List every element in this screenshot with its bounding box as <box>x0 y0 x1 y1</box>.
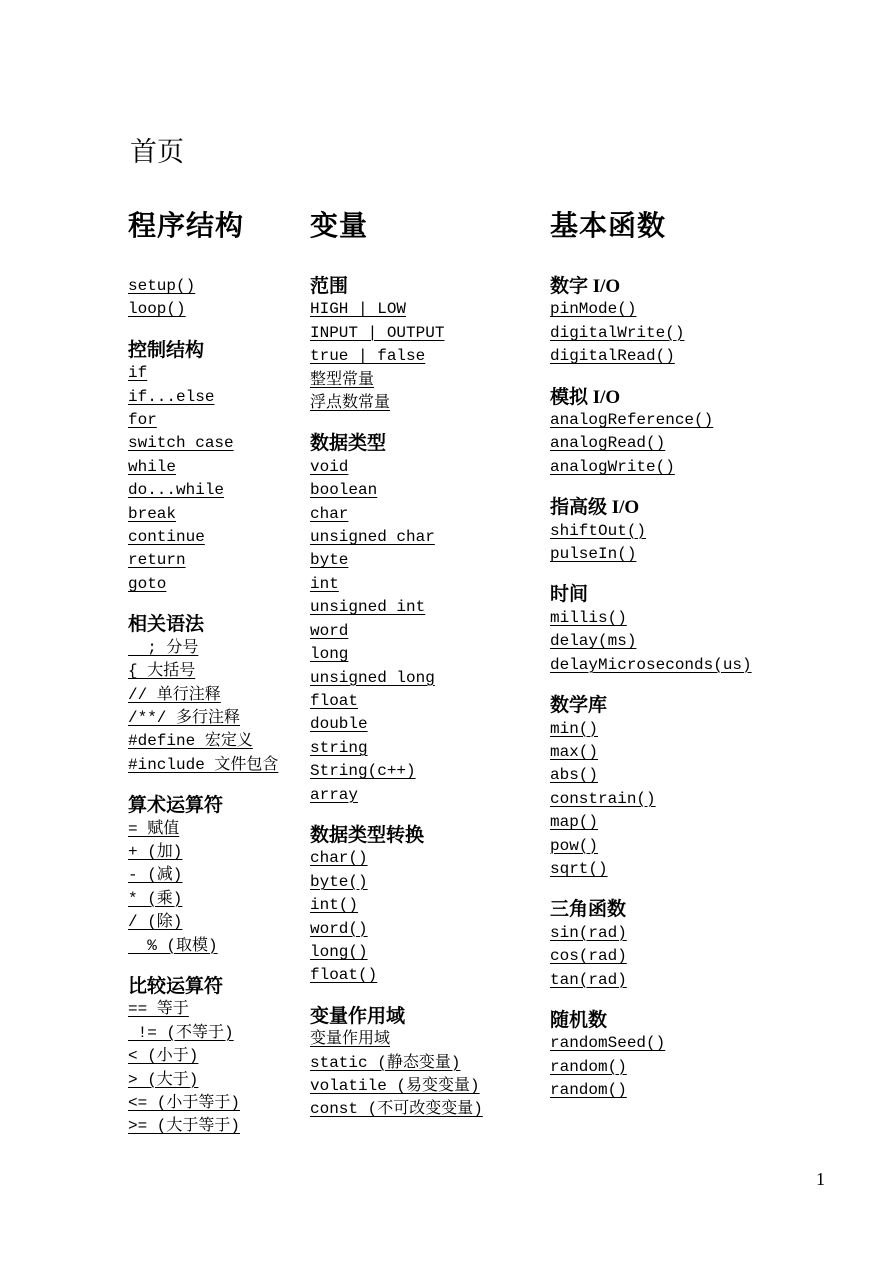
link-item[interactable]: long <box>310 643 348 666</box>
section: 数据类型voidbooleancharunsigned charbyteintu… <box>310 432 550 807</box>
section-title: 数学库 <box>550 694 840 717</box>
column-variables: 变量范围HIGH | LOWINPUT | OUTPUTtrue | false… <box>310 210 550 1122</box>
link-item[interactable]: switch case <box>128 432 234 455</box>
column-header-basic-functions: 基本函数 <box>550 210 840 242</box>
link-item[interactable]: randomSeed() <box>550 1032 665 1055</box>
link-item[interactable]: char() <box>310 847 368 870</box>
link-item[interactable]: String(c++) <box>310 760 416 783</box>
link-item[interactable]: unsigned char <box>310 526 435 549</box>
link-item[interactable]: > (大于) <box>128 1069 198 1092</box>
link-item[interactable]: ; 分号 <box>128 637 198 660</box>
link-item[interactable]: for <box>128 409 157 432</box>
link-item[interactable]: constrain() <box>550 788 656 811</box>
link-item[interactable]: break <box>128 503 176 526</box>
link-item[interactable]: word() <box>310 918 368 941</box>
link-item[interactable]: long() <box>310 941 368 964</box>
section-title: 比较运算符 <box>128 975 310 998</box>
link-item[interactable]: static (静态变量) <box>310 1052 460 1075</box>
column-program-structure: 程序结构setup()loop()控制结构ifif...elseforswitc… <box>128 210 310 1139</box>
link-item[interactable]: digitalWrite() <box>550 322 684 345</box>
link-item[interactable]: map() <box>550 811 598 834</box>
link-item[interactable]: == 等于 <box>128 998 189 1021</box>
link-item[interactable]: if <box>128 362 147 385</box>
link-item[interactable]: sin(rad) <box>550 922 627 945</box>
link-item[interactable]: 浮点数常量 <box>310 392 390 415</box>
link-item[interactable]: void <box>310 456 348 479</box>
section: 指高级 I/OshiftOut()pulseIn() <box>550 496 840 566</box>
section: 时间millis()delay(ms)delayMicroseconds(us) <box>550 583 840 677</box>
link-item[interactable]: analogRead() <box>550 432 665 455</box>
link-item[interactable]: word <box>310 620 348 643</box>
link-item[interactable]: abs() <box>550 764 598 787</box>
section: 范围HIGH | LOWINPUT | OUTPUTtrue | false整型… <box>310 275 550 415</box>
link-item[interactable]: sqrt() <box>550 858 608 881</box>
section-title: 数据类型 <box>310 432 550 455</box>
section: 三角函数sin(rad)cos(rad)tan(rad) <box>550 898 840 992</box>
link-item[interactable]: char <box>310 503 348 526</box>
page-number: 1 <box>816 1168 825 1190</box>
link-item[interactable]: do...while <box>128 479 224 502</box>
section-title: 控制结构 <box>128 339 310 362</box>
link-item[interactable]: continue <box>128 526 205 549</box>
link-item[interactable]: true | false <box>310 345 425 368</box>
section-title: 三角函数 <box>550 898 840 921</box>
section: 控制结构ifif...elseforswitch casewhiledo...w… <box>128 339 310 596</box>
section: 算术运算符= 赋值+ (加)- (减)* (乘)/ (除) % (取模) <box>128 794 310 958</box>
link-item[interactable]: goto <box>128 573 166 596</box>
link-item[interactable]: max() <box>550 741 598 764</box>
section: 数据类型转换char()byte()int()word()long()float… <box>310 824 550 988</box>
link-item[interactable]: = 赋值 <box>128 818 179 841</box>
section: 模拟 I/OanalogReference()analogRead()analo… <box>550 386 840 480</box>
link-item[interactable]: pinMode() <box>550 298 636 321</box>
link-item[interactable]: - (减) <box>128 864 182 887</box>
link-item[interactable]: + (加) <box>128 841 182 864</box>
link-item[interactable]: unsigned int <box>310 596 425 619</box>
link-item[interactable]: cos(rad) <box>550 945 627 968</box>
section-title: 模拟 I/O <box>550 386 840 409</box>
link-item[interactable]: double <box>310 713 368 736</box>
section-title: 时间 <box>550 583 840 606</box>
link-item[interactable]: volatile (易变变量) <box>310 1075 480 1098</box>
link-item[interactable]: millis() <box>550 607 627 630</box>
link-item[interactable]: array <box>310 784 358 807</box>
link-item[interactable]: #include 文件包含 <box>128 754 278 777</box>
link-item[interactable]: random() <box>550 1056 627 1079</box>
link-item[interactable]: int <box>310 573 339 596</box>
section: 比较运算符== 等于 != (不等于)< (小于)> (大于)<= (小于等于)… <box>128 975 310 1139</box>
link-item[interactable]: loop() <box>128 298 186 321</box>
page-title: 首页 <box>130 137 184 167</box>
link-item[interactable]: { 大括号 <box>128 660 195 683</box>
link-item[interactable]: unsigned long <box>310 667 435 690</box>
link-item[interactable]: * (乘) <box>128 888 182 911</box>
section-title: 相关语法 <box>128 613 310 636</box>
document-page: 首页 程序结构setup()loop()控制结构ifif...elseforsw… <box>0 0 892 1262</box>
link-item[interactable]: while <box>128 456 176 479</box>
link-item[interactable]: return <box>128 549 186 572</box>
link-item[interactable]: #define 宏定义 <box>128 730 253 753</box>
link-item[interactable]: setup() <box>128 275 195 298</box>
link-item[interactable]: analogReference() <box>550 409 713 432</box>
section-title: 数字 I/O <box>550 275 840 298</box>
link-item[interactable]: random() <box>550 1079 627 1102</box>
link-item[interactable]: min() <box>550 718 598 741</box>
column-header-variables: 变量 <box>310 210 550 242</box>
section: 变量作用域变量作用域static (静态变量)volatile (易变变量)co… <box>310 1005 550 1122</box>
link-item[interactable]: pow() <box>550 835 598 858</box>
section-title: 随机数 <box>550 1009 840 1032</box>
section: 数字 I/OpinMode()digitalWrite()digitalRead… <box>550 275 840 369</box>
link-item[interactable]: INPUT | OUTPUT <box>310 322 444 345</box>
link-item[interactable]: analogWrite() <box>550 456 675 479</box>
section: 随机数randomSeed()random()random() <box>550 1009 840 1103</box>
link-item[interactable]: <= (小于等于) <box>128 1092 240 1115</box>
link-item[interactable]: if...else <box>128 386 214 409</box>
link-item[interactable]: shiftOut() <box>550 520 646 543</box>
link-item[interactable]: const (不可改变变量) <box>310 1098 483 1121</box>
column-header-program-structure: 程序结构 <box>128 210 310 242</box>
link-item[interactable]: >= (大于等于) <box>128 1115 240 1138</box>
link-item[interactable]: delay(ms) <box>550 630 636 653</box>
link-item[interactable]: byte() <box>310 871 368 894</box>
link-item[interactable]: pulseIn() <box>550 543 636 566</box>
link-item[interactable]: string <box>310 737 368 760</box>
link-item[interactable]: digitalRead() <box>550 345 675 368</box>
link-item[interactable]: != (不等于) <box>128 1022 234 1045</box>
section-title: 变量作用域 <box>310 1005 550 1028</box>
link-item[interactable]: < (小于) <box>128 1045 198 1068</box>
section-title: 算术运算符 <box>128 794 310 817</box>
column-basic-functions: 基本函数数字 I/OpinMode()digitalWrite()digital… <box>550 210 840 1103</box>
reference-columns: 程序结构setup()loop()控制结构ifif...elseforswitc… <box>128 210 840 1139</box>
section: 相关语法 ; 分号{ 大括号// 单行注释/**/ 多行注释#define 宏定… <box>128 613 310 777</box>
link-item[interactable]: byte <box>310 549 348 572</box>
link-item[interactable]: HIGH | LOW <box>310 298 406 321</box>
link-item[interactable]: 变量作用域 <box>310 1028 390 1051</box>
section: setup()loop() <box>128 275 310 322</box>
section: 数学库min()max()abs()constrain()map()pow()s… <box>550 694 840 881</box>
link-item[interactable]: / (除) <box>128 911 182 934</box>
section-title: 范围 <box>310 275 550 298</box>
link-item[interactable]: delayMicroseconds(us) <box>550 654 752 677</box>
link-item[interactable]: % (取模) <box>128 935 218 958</box>
link-item[interactable]: // 单行注释 <box>128 684 221 707</box>
link-item[interactable]: /**/ 多行注释 <box>128 707 240 730</box>
section-title: 数据类型转换 <box>310 824 550 847</box>
link-item[interactable]: int() <box>310 894 358 917</box>
link-item[interactable]: boolean <box>310 479 377 502</box>
link-item[interactable]: tan(rad) <box>550 969 627 992</box>
link-item[interactable]: float() <box>310 964 377 987</box>
link-item[interactable]: 整型常量 <box>310 369 374 392</box>
link-item[interactable]: float <box>310 690 358 713</box>
section-title: 指高级 I/O <box>550 496 840 519</box>
